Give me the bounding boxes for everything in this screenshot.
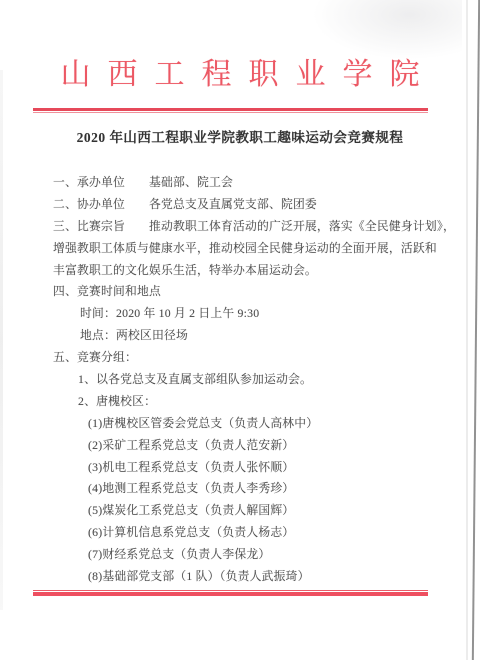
body-line-time-place-heading: 四、竞赛时间和地点 — [53, 281, 480, 303]
scan-faint-edge-line — [466, 0, 468, 660]
body-line-team-5: (5)煤炭化工系党总支（负责人解国辉） — [53, 500, 480, 522]
body-line-team-4: (4)地测工程系党总支（负责人李秀珍） — [53, 478, 480, 500]
body-line-team-6: (6)计算机信息系党总支（负责人杨志） — [53, 522, 480, 544]
body-line-team-3: (3)机电工程系党总支（负责人张怀顺） — [53, 457, 480, 479]
footer-divider-rule — [33, 590, 428, 596]
body-line-coorganizer: 二、协办单位 各党总支及直属党支部、院团委 — [53, 194, 480, 216]
body-line-purpose-1: 三、比赛宗旨 推动教职工体育活动的广泛开展，落实《全民健身计划》， — [53, 216, 480, 238]
body-line-purpose-2: 增强教职工体质与健康水平，推动校园全民健身运动的全面开展，活跃和 — [53, 238, 480, 260]
body-line-time: 时间：2020 年 10 月 2 日上午 9:30 — [53, 303, 480, 325]
document-body: 一、承办单位 基础部、院工会 二、协办单位 各党总支及直属党支部、院团委 三、比… — [0, 172, 480, 588]
letterhead-divider-rule — [33, 108, 428, 113]
body-line-organizer: 一、承办单位 基础部、院工会 — [53, 172, 480, 194]
body-line-team-7: (7)财经系党总支（负责人李保龙） — [53, 544, 480, 566]
document-title: 2020 年山西工程职业学院教职工趣味运动会竞赛规程 — [0, 126, 480, 146]
body-line-team-2: (2)采矿工程系党总支（负责人范安新） — [53, 435, 480, 457]
body-line-purpose-3: 丰富教职工的文化娱乐生活，特举办本届运动会。 — [53, 260, 480, 282]
scan-left-edge-artifact — [0, 70, 3, 610]
scan-smudge-artifact — [312, 0, 462, 60]
scanned-document-page: 山西工程职业学院 2020 年山西工程职业学院教职工趣味运动会竞赛规程 一、承办… — [0, 0, 480, 660]
body-line-group-rule-1: 1、以各党总支及直属支部组队参加运动会。 — [53, 369, 480, 391]
body-line-team-8: (8)基础部党支部（1 队）（负责人武振琦） — [53, 566, 480, 588]
body-line-team-1: (1)唐槐校区管委会党总支（负责人高林中） — [53, 413, 480, 435]
body-line-group-rule-2: 2、唐槐校区： — [53, 391, 480, 413]
body-line-place: 地点：两校区田径场 — [53, 325, 480, 347]
body-line-grouping-heading: 五、竞赛分组： — [53, 347, 480, 369]
